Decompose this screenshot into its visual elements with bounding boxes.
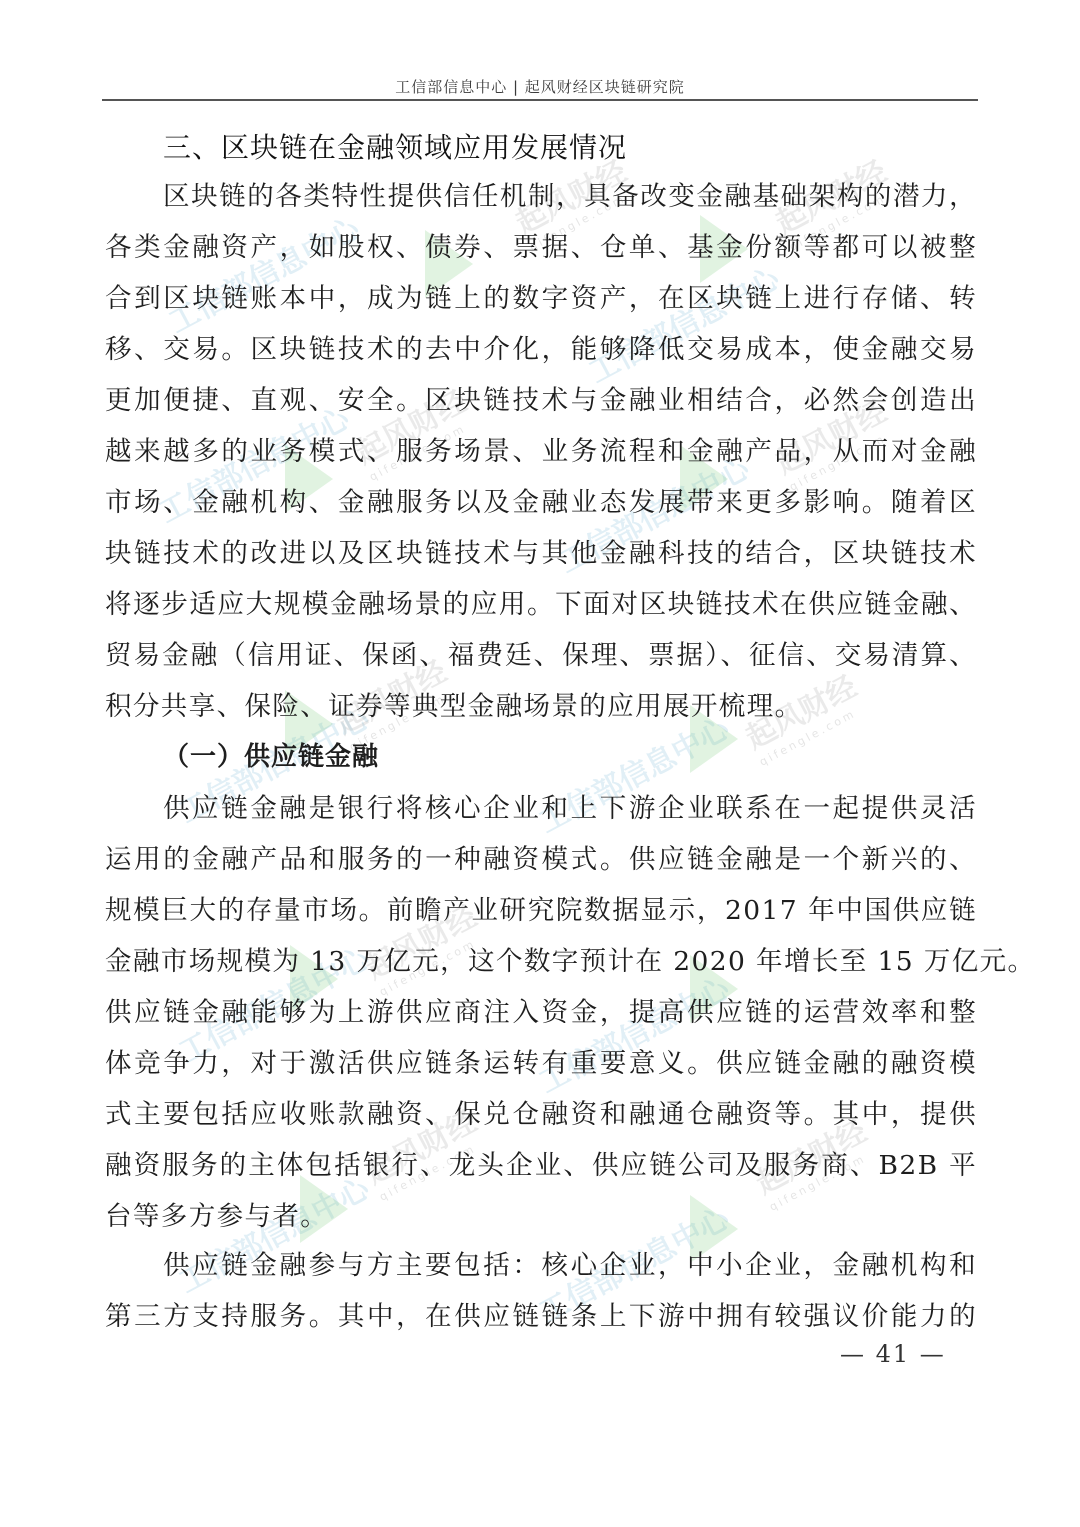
paragraph-participants: 供应链金融参与方主要包括：核心企业，中小企业，金融机构和 第三方支持服务。其中，… (105, 1240, 977, 1342)
paragraph: 区块链的各类特性提供信任机制，具备改变金融基础架构的潜力， 各类金融资产，如股权… (105, 171, 977, 732)
document-page: 工信部信息中心 | 起风财经区块链研究院 三、区块链在金融领域应用发展情况 区块… (0, 0, 1080, 1527)
paragraph-intro: 区块链的各类特性提供信任机制，具备改变金融基础架构的潜力， 各类金融资产，如股权… (105, 171, 977, 732)
paragraph-supply-chain: 供应链金融是银行将核心企业和上下游企业联系在一起提供灵活 运用的金融产品和服务的… (105, 783, 977, 1242)
text-line: 越来越多的业务模式、服务场景、业务流程和金融产品，从而对金融 (105, 426, 977, 477)
text-line: 运用的金融产品和服务的一种融资模式。供应链金融是一个新兴的、 (105, 834, 977, 885)
text-line: 融资服务的主体包括银行、龙头企业、供应链公司及服务商、B2B 平 (105, 1140, 977, 1191)
text-line: 第三方支持服务。其中，在供应链链条上下游中拥有较强议价能力的 (105, 1291, 977, 1342)
text-line: 将逐步适应大规模金融场景的应用。下面对区块链技术在供应链金融、 (105, 579, 977, 630)
paragraph: 供应链金融是银行将核心企业和上下游企业联系在一起提供灵活 运用的金融产品和服务的… (105, 783, 977, 1242)
paragraph: 供应链金融参与方主要包括：核心企业，中小企业，金融机构和 第三方支持服务。其中，… (105, 1240, 977, 1342)
text-line: 合到区块链账本中，成为链上的数字资产，在区块链上进行存储、转 (105, 273, 977, 324)
text-line: 金融市场规模为 13 万亿元，这个数字预计在 2020 年增长至 15 万亿元。 (105, 936, 977, 987)
text-line: 市场、金融机构、金融服务以及金融业态发展带来更多影响。随着区 (105, 477, 977, 528)
text-line: 体竞争力，对于激活供应链条运转有重要意义。供应链金融的融资模 (105, 1038, 977, 1089)
header-rule (102, 99, 978, 101)
subsection-block: （一）供应链金融 (105, 732, 977, 783)
text-line: 供应链金融能够为上游供应商注入资金，提高供应链的运营效率和整 (105, 987, 977, 1038)
text-line: 贸易金融（信用证、保函、福费廷、保理、票据）、征信、交易清算、 (105, 630, 977, 681)
text-line: 区块链的各类特性提供信任机制，具备改变金融基础架构的潜力， (105, 171, 977, 222)
text-line: 各类金融资产，如股权、债券、票据、仓单、基金份额等都可以被整 (105, 222, 977, 273)
text-line: 块链技术的改进以及区块链技术与其他金融科技的结合，区块链技术 (105, 528, 977, 579)
text-line: 供应链金融是银行将核心企业和上下游企业联系在一起提供灵活 (105, 783, 977, 834)
text-line: 积分共享、保险、证券等典型金融场景的应用展开梳理。 (105, 681, 977, 732)
running-header: 工信部信息中心 | 起风财经区块链研究院 (102, 76, 978, 97)
subsection-title: （一）供应链金融 (105, 732, 977, 783)
text-line: 规模巨大的存量市场。前瞻产业研究院数据显示，2017 年中国供应链 (105, 885, 977, 936)
text-line: 式主要包括应收账款融资、保兑仓融资和融通仓融资等。其中，提供 (105, 1089, 977, 1140)
text-line: 台等多方参与者。 (105, 1191, 977, 1242)
text-line: 更加便捷、直观、安全。区块链技术与金融业相结合，必然会创造出 (105, 375, 977, 426)
page-number: — 41 — (840, 1340, 946, 1368)
section-title: 三、区块链在金融领域应用发展情况 (163, 126, 627, 166)
text-line: 供应链金融参与方主要包括：核心企业，中小企业，金融机构和 (105, 1240, 977, 1291)
text-line: 移、交易。区块链技术的去中介化，能够降低交易成本，使金融交易 (105, 324, 977, 375)
